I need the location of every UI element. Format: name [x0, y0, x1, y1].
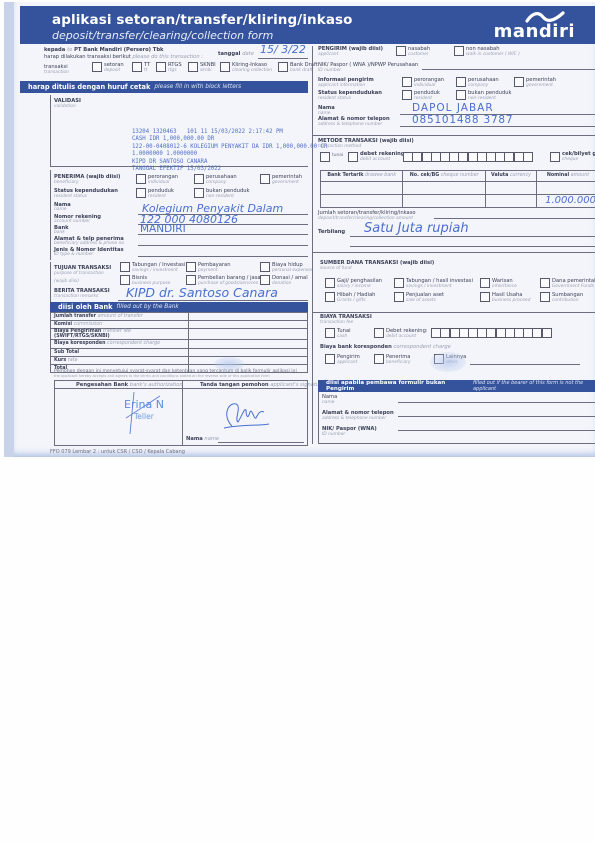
- purpose-required: (wajib diisi): [54, 279, 79, 284]
- fund-4-checkbox[interactable]: [325, 292, 335, 302]
- table-row: Kurs rate: [51, 356, 308, 364]
- bank-sign-label: Pengesahan Bank bank's authorization: [76, 382, 183, 388]
- tx-type-0-sub: deposit: [104, 68, 120, 73]
- spelled-amount-line: [350, 236, 595, 237]
- table-row: Komisi commission: [51, 321, 308, 329]
- method-cash-checkbox[interactable]: [320, 152, 330, 162]
- bearer-name-line[interactable]: [398, 402, 595, 403]
- bearer-band-italic: filled out if the bearer of this form is…: [473, 380, 595, 392]
- method-cheque-sub: cheque: [562, 157, 578, 162]
- tx-type-5-sub: bank draft: [290, 68, 313, 73]
- fees-sub: transaction fee: [320, 320, 353, 325]
- fund-3-sub: Government Funds: [552, 284, 594, 289]
- signature-divider: [182, 380, 183, 446]
- beneficiary-residency-sub: resident status: [54, 194, 87, 199]
- ben-type-0-checkbox[interactable]: [136, 174, 146, 184]
- digit-cell[interactable]: [523, 152, 533, 162]
- corr-other-line[interactable]: [470, 364, 580, 365]
- applicant-signature-icon: [214, 398, 274, 434]
- date-underline: [258, 58, 308, 59]
- table-row: Jumlah transfer amount of transfer: [51, 313, 308, 321]
- ben-type-0-sub: individual: [148, 180, 169, 185]
- cheque-cell[interactable]: [403, 181, 486, 194]
- request-label: harap dilakukan transaksi berikut please…: [44, 54, 203, 60]
- fund-0-checkbox[interactable]: [325, 278, 335, 288]
- tx-type-4-sub: clearing collection: [232, 68, 272, 73]
- fund-7-sub: contribution: [552, 298, 579, 303]
- applicant-non-customer-checkbox[interactable]: [454, 46, 464, 56]
- tx-type-0-checkbox[interactable]: [92, 62, 102, 72]
- ben-res-0-sub: resident: [148, 194, 166, 199]
- purpose-2-sub: personal expenses: [272, 268, 313, 273]
- form-title: aplikasi setoran/transfer/kliring/inkaso: [52, 12, 353, 28]
- signature-name-line[interactable]: [218, 442, 304, 443]
- date-label: tanggal date: [218, 51, 254, 57]
- cheque-cell[interactable]: [321, 181, 403, 194]
- bank-row-value[interactable]: [189, 340, 308, 348]
- applicant-address-sub: address & telephone number: [318, 122, 382, 127]
- transfer-form: aplikasi setoran/transfer/kliring/inkaso…: [4, 2, 595, 457]
- to-label: kepada to PT Bank Mandiri (Persero) Tbk: [44, 47, 164, 53]
- form-header: aplikasi setoran/transfer/kliring/inkaso…: [20, 6, 595, 44]
- app-info-0-sub: individual: [414, 83, 435, 88]
- tx-type-4-checkbox[interactable]: [220, 62, 230, 72]
- purpose-0-sub: savings / investment: [132, 268, 178, 273]
- table-row: Biaya Pengiriman transfer fee (SWIFT/RTG…: [51, 329, 308, 340]
- fee-cash-sub: cash: [337, 334, 347, 339]
- fund-7-checkbox[interactable]: [540, 292, 550, 302]
- bearer-address-sub: address & telephone number: [322, 416, 386, 421]
- remarks-field[interactable]: KIPD dr. Santoso Canara: [126, 285, 278, 300]
- applicant-customer-checkbox[interactable]: [396, 46, 406, 56]
- bank-row-label: Komisi commission: [51, 321, 189, 329]
- fund-5-checkbox[interactable]: [394, 292, 404, 302]
- remarks-line: [118, 300, 308, 301]
- table-row: [321, 181, 595, 194]
- bearer-band-bold: diisi apabila pembawa formulir bukan Pen…: [326, 380, 469, 392]
- purpose-sub: purpose of transaction: [54, 271, 104, 276]
- corr-charge-label: Biaya bank koresponden correspondent cha…: [320, 344, 451, 350]
- app-res-0-checkbox[interactable]: [402, 90, 412, 100]
- applicant-residency-sub: resident status: [318, 96, 351, 101]
- cheque-cell[interactable]: [485, 194, 536, 207]
- fund-6-sub: business proceed: [492, 298, 530, 303]
- fund-1-checkbox[interactable]: [394, 278, 404, 288]
- fee-cash-checkbox[interactable]: [325, 328, 335, 338]
- fund-5-sub: sale of assets: [406, 298, 436, 303]
- cheque-cell[interactable]: [537, 181, 595, 194]
- form-subtitle: deposit/transfer/clearing/collection for…: [52, 29, 273, 42]
- fund-0-sub: salary / income: [337, 284, 371, 289]
- bank-band-italic: filled out by the Bank: [117, 304, 179, 310]
- ben-res-1-sub: non-resident: [206, 194, 234, 199]
- table-row: Biaya koresponden correspondent charge: [51, 340, 308, 348]
- amount-total-line[interactable]: [434, 218, 595, 219]
- fund-2-checkbox[interactable]: [480, 278, 490, 288]
- bearer-id-sub: ID number: [322, 432, 345, 437]
- bank-fee-table: Jumlah transfer amount of transferKomisi…: [50, 312, 308, 373]
- ink-stain-2: [214, 357, 244, 371]
- applicant-non-customer-sub: walk in customer ( WIC ): [466, 52, 520, 57]
- bearer-band: diisi apabila pembawa formulir bukan Pen…: [318, 380, 595, 392]
- method-cheque-checkbox[interactable]: [550, 152, 560, 162]
- cheque-cell[interactable]: [403, 194, 486, 207]
- teller-signature-icon: [120, 390, 170, 435]
- ben-type-1-sub: company: [206, 180, 226, 185]
- cheque-cell[interactable]: [485, 181, 536, 194]
- app-res-1-sub: non-resident: [468, 96, 496, 101]
- cheque-table-header: Bank Tertarik drawee bankNo. cek/BG cheq…: [321, 171, 595, 182]
- method-debit-sub: debit account: [360, 157, 390, 162]
- app-info-1-sub: company: [468, 83, 488, 88]
- corr-1-sub: beneficiary: [386, 360, 411, 365]
- funds-sub: source of fund: [320, 266, 352, 271]
- tx-type-2-checkbox[interactable]: [156, 62, 166, 72]
- bank-row-value[interactable]: [189, 348, 308, 356]
- bank-band-bold: diisi oleh Bank: [58, 303, 113, 311]
- fund-4-sub: Grants / gifts: [337, 298, 366, 303]
- bearer-name-sub: name: [322, 400, 334, 405]
- bank-row-label: Biaya koresponden correspondent charge: [51, 340, 189, 348]
- agreement-sub: the applicant hereby accepts and agrees …: [54, 374, 270, 378]
- method-debit-checkbox[interactable]: [348, 152, 358, 162]
- fee-debit-sub: debit account: [386, 334, 416, 339]
- spelled-amount-field[interactable]: Satu Juta rupiah: [364, 221, 469, 236]
- applicant-info-sub: applicant information: [318, 83, 365, 88]
- purpose-5-checkbox[interactable]: [260, 275, 270, 285]
- applicant-customer-sub: customer: [408, 52, 429, 57]
- purpose-1-sub: payment: [198, 268, 218, 273]
- method-section-bottom: [312, 252, 595, 253]
- method-cash-label: tunai: [332, 153, 343, 158]
- bank-row-label: Biaya Pengiriman transfer fee (SWIFT/RTG…: [51, 329, 189, 340]
- purpose-1-checkbox[interactable]: [186, 262, 196, 272]
- purpose-3-checkbox[interactable]: [120, 275, 130, 285]
- ben-type-1-checkbox[interactable]: [194, 174, 204, 184]
- beneficiary-id-sub: ID type & number: [54, 252, 93, 257]
- fund-2-sub: inheritance: [492, 284, 517, 289]
- cheque-col-header: No. cek/BG cheque number: [403, 171, 486, 182]
- corr-1-checkbox[interactable]: [374, 354, 384, 364]
- applicant-sign-label: Tanda tangan pemohon applicant's signatu…: [200, 382, 325, 388]
- validation-sub: validation: [54, 104, 76, 109]
- app-info-0-checkbox[interactable]: [402, 77, 412, 87]
- purpose-0-checkbox[interactable]: [120, 262, 130, 272]
- instruction-band: harap ditulis dengan huruf cetakplease f…: [20, 81, 308, 93]
- beneficiary-name-sub: name: [54, 207, 66, 212]
- bank-row-label: Kurs rate: [51, 356, 189, 364]
- ben-type-2-checkbox[interactable]: [260, 174, 270, 184]
- beneficiary-account-sub: account number: [54, 219, 90, 224]
- app-info-1-checkbox[interactable]: [456, 77, 466, 87]
- bank-band: diisi oleh Bankfilled out by the Bank: [50, 302, 308, 312]
- purpose-2-checkbox[interactable]: [260, 262, 270, 272]
- beneficiary-id-line[interactable]: [138, 256, 308, 257]
- fund-3-checkbox[interactable]: [540, 278, 550, 288]
- cheque-col-header: Valuta currency: [485, 171, 536, 182]
- bank-row-value[interactable]: [189, 356, 308, 364]
- bearer-address-line[interactable]: [398, 416, 595, 417]
- bank-row-label: Jumlah transfer amount of transfer: [51, 313, 189, 321]
- mandiri-logo: mandiri: [495, 12, 575, 42]
- spelled-amount-line-2: [350, 246, 595, 247]
- app-info-2-sub: government: [526, 83, 553, 88]
- applicant-section-bottom: [312, 135, 595, 136]
- fund-1-sub: savings / investment: [406, 284, 452, 289]
- ink-stain: [430, 352, 466, 372]
- validation-printout: 13204 1320463 101 11 15/03/2022 2:17:42 …: [132, 128, 327, 172]
- applicant-name-field[interactable]: DAPOL JABAR: [412, 102, 494, 114]
- method-sub: transaction method: [318, 144, 361, 149]
- instruction-italic: please fill in with block letters: [154, 84, 241, 90]
- applicant-id-sub: ID number: [318, 68, 341, 73]
- beneficiary-sub: beneficiary: [54, 180, 79, 185]
- beneficiary-bank-sub: bank: [54, 230, 65, 235]
- tx-type-5-checkbox[interactable]: [278, 62, 288, 72]
- digit-cell[interactable]: [542, 328, 552, 338]
- corr-0-checkbox[interactable]: [325, 354, 335, 364]
- ben-type-2-sub: government: [272, 180, 299, 185]
- beneficiary-address-sub: beneficiary address & phone no: [54, 241, 124, 246]
- app-res-0-sub: resident: [414, 96, 432, 101]
- applicant-sub: applicant: [318, 52, 338, 57]
- bank-row-value[interactable]: [189, 321, 308, 329]
- tx-type-2-sub: rtgs: [168, 68, 177, 73]
- bank-row-value[interactable]: [189, 313, 308, 321]
- date-field[interactable]: 15/ 3/22: [260, 43, 306, 56]
- tx-type-1-sub: tt: [144, 68, 147, 73]
- cheque-col-header: Bank Tertarik drawee bank: [321, 171, 403, 182]
- purpose-frame-left: [50, 262, 51, 302]
- transaction-type-sub: transaction: [44, 70, 69, 75]
- bearer-id-line[interactable]: [398, 430, 595, 431]
- table-row: Sub Total: [51, 348, 308, 356]
- tx-type-1-checkbox[interactable]: [132, 62, 142, 72]
- scanned-page: aplikasi setoran/transfer/kliring/inkaso…: [0, 0, 595, 842]
- method-debit-account-cells[interactable]: [404, 152, 533, 162]
- bank-row-label: Sub Total: [51, 348, 189, 356]
- form-code: FFO 079 Lembar 2 : untuk CSR / CSO / Kep…: [50, 449, 185, 455]
- table-row: 1.000.000: [321, 194, 595, 207]
- spelled-amount-label: Terbilang: [318, 229, 345, 235]
- tx-type-3-sub: sknbi: [200, 68, 212, 73]
- fee-debit-account-cells[interactable]: [432, 328, 552, 338]
- cheque-col-header: Nominal amount: [537, 171, 595, 182]
- brand-name: mandiri: [494, 21, 575, 42]
- bank-row-value[interactable]: [189, 329, 308, 340]
- signature-name-label: Nama name: [186, 436, 219, 442]
- signature-header-line: [54, 388, 308, 389]
- fund-6-checkbox[interactable]: [480, 292, 490, 302]
- fee-debit-checkbox[interactable]: [374, 328, 384, 338]
- right-column-divider: [312, 46, 313, 444]
- cheque-cell[interactable]: [321, 194, 403, 207]
- instruction-bold: harap ditulis dengan huruf cetak: [28, 83, 150, 91]
- applicant-id-line[interactable]: [422, 69, 595, 70]
- applicant-address-line: [400, 126, 595, 127]
- purpose-4-checkbox[interactable]: [186, 275, 196, 285]
- tx-type-3-checkbox[interactable]: [188, 62, 198, 72]
- teller-stamp: Erina N Teller: [120, 398, 170, 432]
- beneficiary-address-line[interactable]: [138, 245, 308, 246]
- beneficiary-bank-field[interactable]: MANDIRI: [140, 223, 186, 235]
- applicant-address-field[interactable]: 085101488 3787: [412, 114, 513, 126]
- remarks-sub: transaction remarks: [54, 294, 98, 299]
- funds-section-bottom: [312, 312, 595, 313]
- ben-res-0-checkbox[interactable]: [136, 188, 146, 198]
- app-info-2-checkbox[interactable]: [514, 77, 524, 87]
- cheque-cell[interactable]: 1.000.000: [537, 194, 595, 207]
- app-res-1-checkbox[interactable]: [456, 90, 466, 100]
- beneficiary-frame-left: [50, 170, 51, 260]
- cheque-table: Bank Tertarik drawee bankNo. cek/BG cheq…: [320, 170, 595, 208]
- corr-0-sub: applicant: [337, 360, 357, 365]
- ben-res-1-checkbox[interactable]: [194, 188, 204, 198]
